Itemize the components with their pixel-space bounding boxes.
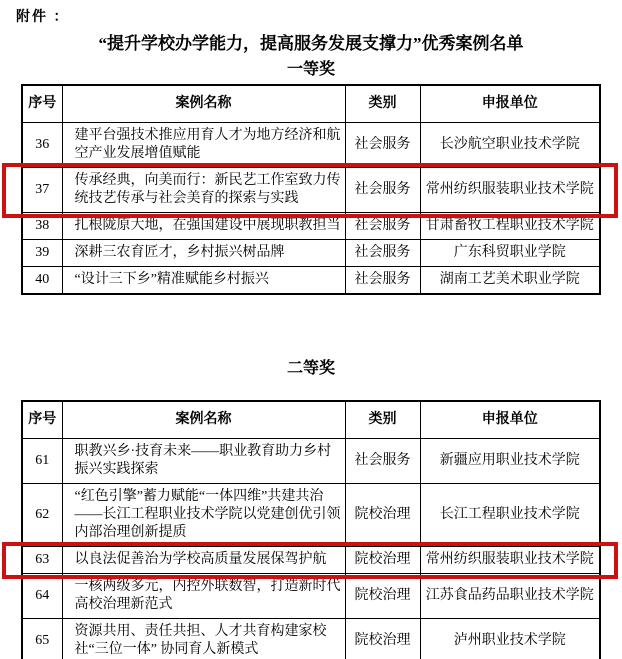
unit-cell: 长江工程职业技术学院 — [420, 484, 600, 547]
category-cell: 社会服务 — [345, 123, 420, 168]
case-name-cell: “红色引擎”蓄力赋能“一体四维”共建共治——长江工程职业技术学院以党建创优引领内… — [62, 484, 345, 547]
case-name-cell: 职教兴乡·技育未来——职业教育助力乡村振兴实践探索 — [62, 439, 345, 484]
column-header: 类别 — [345, 85, 420, 123]
unit-cell: 常州纺织服装职业技术学院 — [420, 168, 600, 213]
unit-cell: 常州纺织服装职业技术学院 — [420, 547, 600, 574]
first-prize-section: 一等奖 序号案例名称类别申报单位 36建平台强技术推应用育人才为地方经济和航空产… — [0, 56, 622, 295]
table-row: 61职教兴乡·技育未来——职业教育助力乡村振兴实践探索社会服务新疆应用职业技术学… — [22, 439, 600, 484]
unit-cell: 长沙航空职业技术学院 — [420, 123, 600, 168]
case-number-cell: 39 — [22, 240, 62, 267]
table-row: 38扎根陇原大地，在强国建设中展现职教担当社会服务甘肃畜牧工程职业技术学院 — [22, 213, 600, 240]
case-number-cell: 62 — [22, 484, 62, 547]
case-number-cell: 38 — [22, 213, 62, 240]
case-name-cell: 资源共用、责任共担、人才共育构建家校社“三位一体” 协同育人新模式 — [62, 619, 345, 659]
case-number-cell: 64 — [22, 574, 62, 619]
category-cell: 院校治理 — [345, 619, 420, 659]
case-name-cell: 以良法促善治为学校高质量发展保驾护航 — [62, 547, 345, 574]
category-cell: 社会服务 — [345, 267, 420, 295]
table-row: 63以良法促善治为学校高质量发展保驾护航院校治理常州纺织服装职业技术学院 — [22, 547, 600, 574]
case-name-cell: 建平台强技术推应用育人才为地方经济和航空产业发展增值赋能 — [62, 123, 345, 168]
table-row: 65资源共用、责任共担、人才共育构建家校社“三位一体” 协同育人新模式院校治理泸… — [22, 619, 600, 659]
unit-cell: 甘肃畜牧工程职业技术学院 — [420, 213, 600, 240]
column-header: 类别 — [345, 401, 420, 439]
unit-cell: 新疆应用职业技术学院 — [420, 439, 600, 484]
document-page: 附件 ： “提升学校办学能力，提高服务发展支撑力”优秀案例名单 一等奖 序号案例… — [0, 0, 622, 659]
category-cell: 社会服务 — [345, 240, 420, 267]
table-row: 36建平台强技术推应用育人才为地方经济和航空产业发展增值赋能社会服务长沙航空职业… — [22, 123, 600, 168]
table-header-row: 序号案例名称类别申报单位 — [22, 85, 600, 123]
section-heading-first-prize: 一等奖 — [0, 56, 622, 79]
case-name-cell: 扎根陇原大地，在强国建设中展现职教担当 — [62, 213, 345, 240]
column-header: 申报单位 — [420, 85, 600, 123]
category-cell: 社会服务 — [345, 213, 420, 240]
case-number-cell: 61 — [22, 439, 62, 484]
document-title: “提升学校办学能力，提高服务发展支撑力”优秀案例名单 — [0, 29, 622, 54]
table-header-row: 序号案例名称类别申报单位 — [22, 401, 600, 439]
column-header: 案例名称 — [62, 85, 345, 123]
table-row: 62“红色引擎”蓄力赋能“一体四维”共建共治——长江工程职业技术学院以党建创优引… — [22, 484, 600, 547]
category-cell: 院校治理 — [345, 574, 420, 619]
category-cell: 院校治理 — [345, 547, 420, 574]
case-name-cell: “设计三下乡”精准赋能乡村振兴 — [62, 267, 345, 295]
case-name-cell: 一核两级多元，内控外联数智，打造新时代高校治理新范式 — [62, 574, 345, 619]
case-number-cell: 63 — [22, 547, 62, 574]
column-header: 序号 — [22, 401, 62, 439]
award-table-second-prize: 序号案例名称类别申报单位 61职教兴乡·技育未来——职业教育助力乡村振兴实践探索… — [21, 400, 601, 659]
column-header: 序号 — [22, 85, 62, 123]
category-cell: 社会服务 — [345, 439, 420, 484]
table-row: 39深耕三农育匠才，乡村振兴树品牌社会服务广东科贸职业学院 — [22, 240, 600, 267]
case-number-cell: 40 — [22, 267, 62, 295]
case-name-cell: 传承经典，向美而行：新民艺工作室致力传统技艺传承与社会美育的探索与实践 — [62, 168, 345, 213]
attachment-label: 附件 ： — [0, 0, 622, 26]
column-header: 申报单位 — [420, 401, 600, 439]
table-row: 64一核两级多元，内控外联数智，打造新时代高校治理新范式院校治理江苏食品药品职业… — [22, 574, 600, 619]
second-prize-section: 二等奖 序号案例名称类别申报单位 61职教兴乡·技育未来——职业教育助力乡村振兴… — [0, 355, 622, 659]
award-table-first-prize: 序号案例名称类别申报单位 36建平台强技术推应用育人才为地方经济和航空产业发展增… — [21, 84, 601, 295]
category-cell: 社会服务 — [345, 168, 420, 213]
unit-cell: 江苏食品药品职业技术学院 — [420, 574, 600, 619]
case-name-cell: 深耕三农育匠才，乡村振兴树品牌 — [62, 240, 345, 267]
category-cell: 院校治理 — [345, 484, 420, 547]
unit-cell: 广东科贸职业学院 — [420, 240, 600, 267]
column-header: 案例名称 — [62, 401, 345, 439]
case-number-cell: 36 — [22, 123, 62, 168]
unit-cell: 湖南工艺美术职业学院 — [420, 267, 600, 295]
case-number-cell: 65 — [22, 619, 62, 659]
table-row: 40“设计三下乡”精准赋能乡村振兴社会服务湖南工艺美术职业学院 — [22, 267, 600, 295]
section-heading-second-prize: 二等奖 — [0, 355, 622, 378]
table-row: 37传承经典，向美而行：新民艺工作室致力传统技艺传承与社会美育的探索与实践社会服… — [22, 168, 600, 213]
case-number-cell: 37 — [22, 168, 62, 213]
unit-cell: 泸州职业技术学院 — [420, 619, 600, 659]
